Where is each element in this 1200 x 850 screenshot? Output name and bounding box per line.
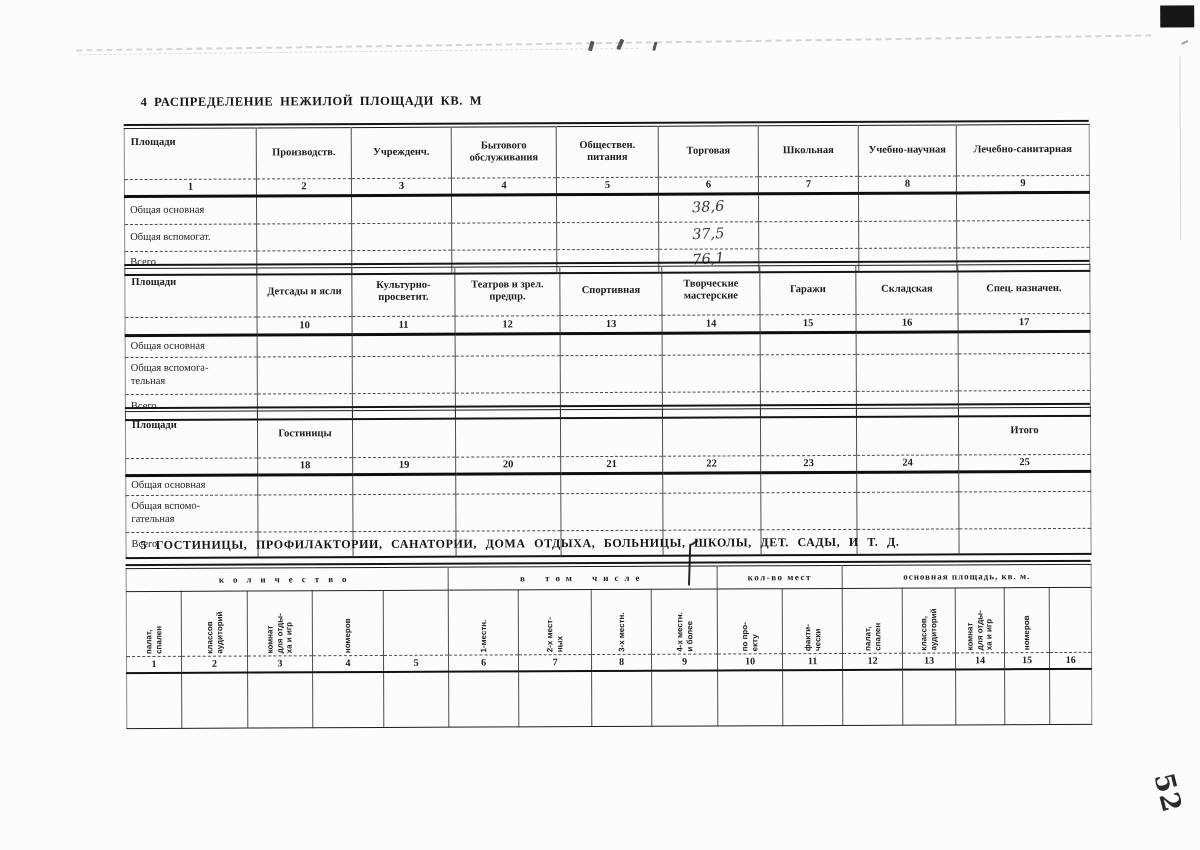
t2-row-label: Общая основная xyxy=(125,335,257,358)
t2-col-number: 11 xyxy=(352,316,455,334)
t4-vertical-header xyxy=(1049,587,1091,652)
handwritten-value: 37,5 xyxy=(692,226,725,243)
t3-header-cell: Итого xyxy=(958,407,1090,455)
empty-cell xyxy=(959,491,1091,529)
t4-vertical-header: классов, аудиторий xyxy=(902,588,955,653)
t1-col-number: 2 xyxy=(256,179,351,196)
empty-cell xyxy=(1005,669,1050,725)
t4-col-number: 2 xyxy=(182,656,248,673)
empty-cell xyxy=(384,672,449,728)
t3-col-number: 21 xyxy=(561,456,663,473)
t4-col-number: 15 xyxy=(1005,653,1050,670)
t1-col-number: 5 xyxy=(556,177,658,194)
empty-cell xyxy=(455,334,560,356)
t1-header-cell: Бытового обслуживания xyxy=(451,127,556,178)
t4-col-number: 12 xyxy=(843,653,903,670)
t2-col-number: 16 xyxy=(856,314,958,332)
t1-header-cell: Учрежденч. xyxy=(351,127,451,178)
empty-cell xyxy=(857,472,959,492)
empty-cell xyxy=(556,194,658,222)
t3-col-number: 18 xyxy=(258,458,353,475)
t3-col-number: 23 xyxy=(761,455,857,472)
t4-vertical-header: по про- екту xyxy=(717,589,782,654)
t2-col-number: 12 xyxy=(455,316,560,334)
t1-row-label: Общая основная xyxy=(124,196,256,225)
t3-col-number: 24 xyxy=(857,455,959,472)
t2-col-number: 17 xyxy=(958,313,1090,332)
t3-col-number: 22 xyxy=(663,456,761,473)
t4-col-number: 1 xyxy=(127,656,182,673)
t4-vertical-header: номеров xyxy=(1004,588,1049,653)
scan-corner-mark xyxy=(1160,5,1194,27)
t2-header-cell: Театров и зрел. предпр. xyxy=(455,267,560,316)
t4-vertical-header: палат, спален xyxy=(842,588,902,653)
empty-cell xyxy=(959,528,1091,554)
handwritten-page-number: 52 xyxy=(1148,770,1188,816)
t4-vertical-header: 4-х местн. и более xyxy=(651,589,717,654)
t3-row-label: Общая вспомо- гательная xyxy=(126,495,258,533)
empty-cell xyxy=(662,355,760,392)
t2-col-number: 10 xyxy=(257,317,352,335)
empty-cell xyxy=(957,220,1090,248)
t2-col-number: 14 xyxy=(662,315,760,333)
t4-col-number: 4 xyxy=(313,655,384,672)
t3-header-cell xyxy=(455,410,560,457)
empty-cell xyxy=(856,332,958,354)
t4-vertical-header xyxy=(383,590,448,655)
t1-col-number: 4 xyxy=(451,178,556,195)
empty-cell xyxy=(258,495,353,532)
t1-col-number: 3 xyxy=(351,178,451,195)
empty-cell xyxy=(857,492,959,529)
empty-cell xyxy=(561,473,663,493)
empty-cell xyxy=(352,223,452,250)
t4-vertical-header: номеров xyxy=(312,590,383,655)
t3-header-cell xyxy=(856,408,958,455)
t2-col-number: 13 xyxy=(560,315,662,333)
empty-cell xyxy=(456,474,561,494)
t1-value-cell: 37,5 xyxy=(659,222,759,249)
t4-group-including: в том числе xyxy=(448,566,717,590)
empty-cell xyxy=(351,195,451,223)
empty-cell xyxy=(859,221,957,248)
empty-cell xyxy=(959,471,1091,492)
empty-cell xyxy=(557,222,659,249)
t1-header-cell: Производств. xyxy=(256,128,351,179)
t1-header-cell: Обществен. питания xyxy=(556,126,658,177)
empty-cell xyxy=(1050,669,1092,725)
t2-row-label: Общая вспомога- тельная xyxy=(125,357,257,395)
empty-cell xyxy=(718,670,783,726)
table-nonresidential-areas-1: Площади Производств. Учрежденч. Бытового… xyxy=(124,120,1090,276)
empty-cell xyxy=(856,354,958,391)
page-content: 4 РАСПРЕДЕЛЕНИЕ НЕЖИЛОЙ ПЛОЩАДИ КВ. М Пл… xyxy=(0,0,1200,850)
t3-col-number: 19 xyxy=(353,457,456,474)
t4-vertical-header: палат, спален xyxy=(126,591,181,656)
t3-header-cell xyxy=(560,409,662,456)
t1-header-cell: Торговая xyxy=(658,126,758,177)
t3-header-cell xyxy=(352,410,455,457)
empty-cell xyxy=(662,333,760,355)
empty-cell xyxy=(182,673,248,729)
t3-stub-header: Площади xyxy=(125,411,257,459)
t2-header-cell: Спец. назначен. xyxy=(958,264,1090,314)
empty-cell xyxy=(561,493,663,530)
t1-value-cell: 38,6 xyxy=(658,194,758,222)
t4-group-main-area: основная площадь, кв. м. xyxy=(842,564,1091,588)
empty-cell xyxy=(127,673,182,729)
t1-col-number: 9 xyxy=(956,175,1089,193)
t2-header-cell: Детсады и ясли xyxy=(257,268,352,317)
t1-col-number: 1 xyxy=(124,179,256,197)
paper-edge-line xyxy=(1179,55,1181,240)
empty-cell xyxy=(352,356,455,393)
empty-cell xyxy=(652,670,718,726)
t4-col-number: 10 xyxy=(718,654,783,671)
empty-cell xyxy=(125,317,257,336)
t3-col-number: 20 xyxy=(456,457,561,474)
ink-blob xyxy=(652,42,657,51)
empty-cell xyxy=(313,672,384,728)
t4-vertical-header: 2-х мест- ных xyxy=(518,590,591,655)
empty-cell xyxy=(783,670,843,726)
empty-cell xyxy=(663,473,761,493)
t1-col-number: 8 xyxy=(858,176,956,193)
empty-cell xyxy=(353,474,456,494)
t4-vertical-header: 1-местн. xyxy=(448,590,518,655)
t2-header-cell: Культурно-просветит. xyxy=(352,267,455,316)
t3-header-cell xyxy=(662,409,760,456)
t2-header-cell: Творческие мастерские xyxy=(662,266,760,315)
empty-cell xyxy=(256,196,351,224)
t1-col-number: 7 xyxy=(758,176,858,193)
empty-cell xyxy=(452,223,557,250)
empty-cell xyxy=(560,355,662,392)
t4-vertical-header: факти- чески xyxy=(782,588,842,653)
empty-cell xyxy=(257,224,352,251)
empty-cell xyxy=(761,492,857,529)
empty-cell xyxy=(126,458,258,476)
t3-header-cell xyxy=(760,408,856,455)
t4-col-number: 6 xyxy=(449,655,519,672)
empty-cell xyxy=(592,671,652,727)
empty-cell xyxy=(758,193,858,221)
t4-col-number: 7 xyxy=(519,655,592,672)
t4-vertical-header: комнат для отды- ха и игр xyxy=(955,588,1004,653)
t4-col-number: 8 xyxy=(592,654,652,671)
t3-row-label: Общая основная xyxy=(126,475,258,496)
t4-col-number: 3 xyxy=(248,656,313,673)
empty-cell xyxy=(455,356,560,393)
empty-cell xyxy=(248,672,313,728)
t3-col-number: 25 xyxy=(959,454,1091,472)
empty-cell xyxy=(352,334,455,356)
empty-cell xyxy=(759,221,859,248)
empty-cell xyxy=(903,669,956,725)
t4-vertical-header: 3-х местн. xyxy=(591,589,651,654)
scan-tick xyxy=(1181,40,1188,45)
t4-col-number: 5 xyxy=(384,655,449,672)
t4-col-number: 11 xyxy=(783,653,843,670)
t4-col-number: 9 xyxy=(652,654,718,671)
empty-cell xyxy=(353,494,456,531)
t4-vertical-header: классов аудиторий xyxy=(181,591,247,656)
empty-cell xyxy=(761,472,857,492)
t4-group-quantity: количество xyxy=(126,567,448,591)
table-hotels-facilities: количество в том числе кол-во мест основ… xyxy=(126,560,1092,729)
t4-col-number: 13 xyxy=(903,653,956,670)
t2-header-cell: Гаражи xyxy=(760,265,856,314)
empty-cell xyxy=(760,332,856,354)
t1-header-cell: Школьная xyxy=(758,125,858,176)
table-nonresidential-areas-2: Площади Детсады и ясли Культурно-просвет… xyxy=(124,260,1090,421)
empty-cell xyxy=(663,493,761,530)
empty-cell xyxy=(843,670,903,726)
empty-cell xyxy=(456,494,561,531)
empty-cell xyxy=(519,671,592,727)
t4-vertical-header: комнат для отды- ха и игр xyxy=(247,591,312,656)
empty-cell xyxy=(956,192,1089,221)
empty-cell xyxy=(858,193,956,221)
empty-cell xyxy=(258,475,353,495)
empty-cell xyxy=(760,354,856,391)
t4-col-number: 14 xyxy=(956,653,1005,670)
t2-header-cell: Спортивная xyxy=(560,266,662,315)
t2-col-number: 15 xyxy=(760,314,856,332)
t1-row-label: Общая вспомогат. xyxy=(125,224,257,252)
empty-cell xyxy=(451,195,556,223)
empty-cell xyxy=(958,353,1090,391)
t4-col-number: 16 xyxy=(1050,652,1092,669)
t2-header-cell: Складская xyxy=(856,265,958,314)
t1-header-cell: Лечебно-санитарная xyxy=(956,124,1089,176)
empty-cell xyxy=(449,671,519,727)
section4-title: 4 РАСПРЕДЕЛЕНИЕ НЕЖИЛОЙ ПЛОЩАДИ КВ. М xyxy=(141,94,483,110)
scanned-form-page: 4 РАСПРЕДЕЛЕНИЕ НЕЖИЛОЙ ПЛОЩАДИ КВ. М Пл… xyxy=(0,0,1200,850)
t2-stub-header: Площади xyxy=(125,268,257,318)
empty-cell xyxy=(257,357,352,394)
t4-group-places: кол-во мест xyxy=(717,565,842,589)
t1-stub-header: Площади xyxy=(124,128,256,180)
t1-header-cell: Учебно-научная xyxy=(858,125,956,176)
t1-col-number: 6 xyxy=(658,177,758,194)
empty-cell xyxy=(956,669,1005,725)
empty-cell xyxy=(257,335,352,357)
t3-header-cell: Гостиницы xyxy=(257,411,352,458)
empty-cell xyxy=(958,331,1090,354)
empty-cell xyxy=(560,333,662,355)
handwritten-value: 38,6 xyxy=(692,199,725,217)
